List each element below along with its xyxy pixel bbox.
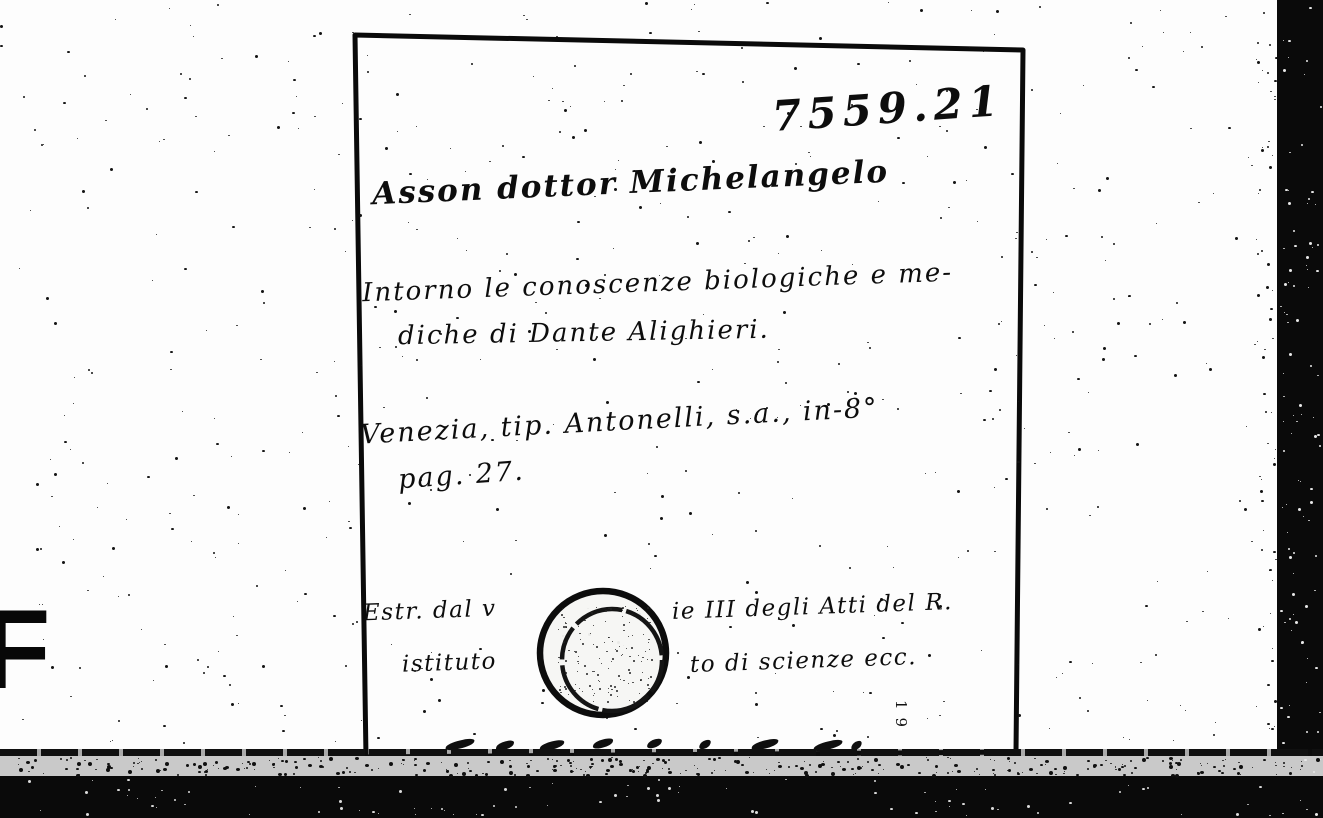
author-heading: Asson dottor Michelangelo (372, 157, 890, 211)
note-line-2-left: istituto (402, 650, 498, 676)
title-line-2: diche di Dante Alighieri. (398, 317, 770, 349)
note-line-1-right: ie III degli Atti del R. (672, 591, 954, 624)
imprint-line-1: Venezia, tip. Antonelli, s.a., in-8° (360, 394, 880, 448)
note-line-2-right: to di scienze ecc. (690, 646, 918, 677)
title-line-1: Intorno le conoscenze biologiche e me- (362, 260, 954, 307)
catalog-card-scan: 7559.21 Asson dottor Michelangelo Intorn… (0, 0, 1323, 818)
note-line-1-left: Estr. dal v (363, 598, 497, 626)
film-edge-bottom-band (0, 776, 1323, 818)
margin-letter-f: F (0, 594, 50, 706)
call-number: 7559.21 (771, 80, 1005, 138)
vertical-side-number: 19 (893, 700, 908, 735)
film-edge-right-band (1277, 0, 1323, 818)
imprint-line-2: pag. 27. (397, 458, 525, 494)
cutoff-stroke (646, 738, 663, 750)
card-bottom-edge-line (0, 749, 1323, 756)
